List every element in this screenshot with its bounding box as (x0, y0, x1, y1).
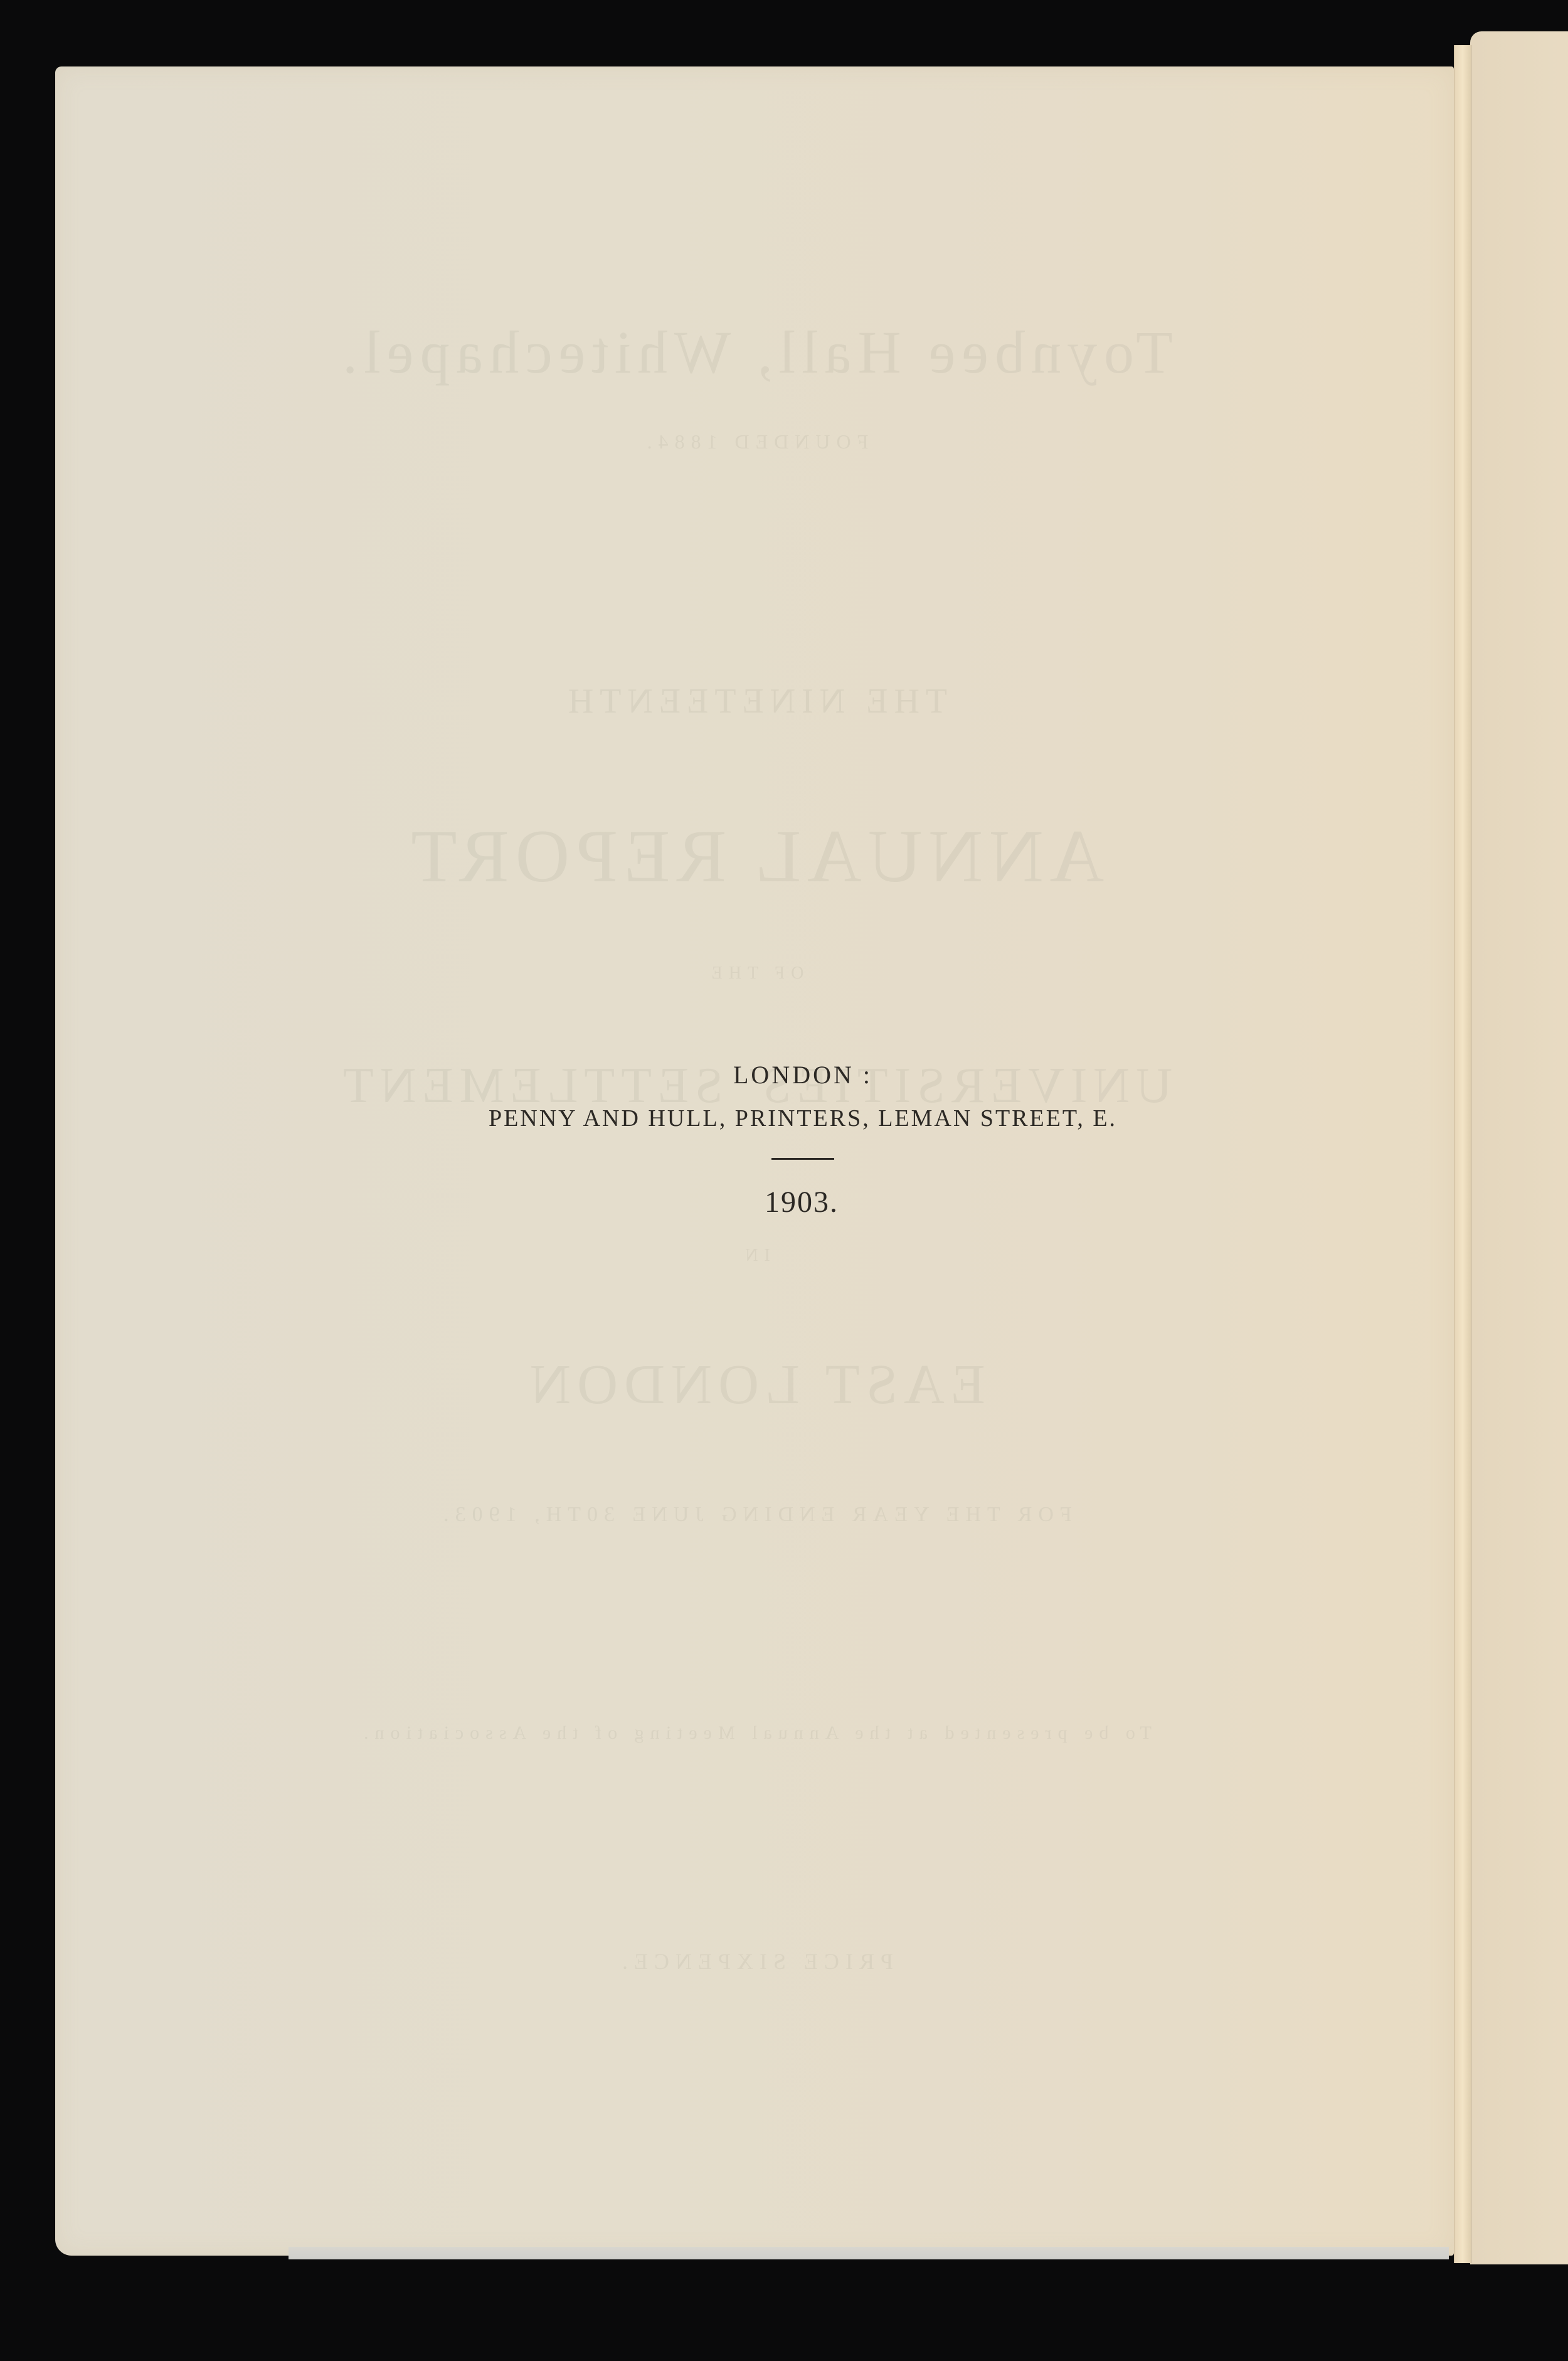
imprint-rule (771, 1158, 834, 1160)
imprint-city: LONDON : (38, 1060, 1568, 1090)
page-bottom-edge (289, 2247, 1449, 2259)
imprint-printer: PENNY AND HULL, PRINTERS, LEMAN STREET, … (38, 1104, 1568, 1133)
imprint-block: LONDON : PENNY AND HULL, PRINTERS, LEMAN… (0, 1060, 1568, 1220)
imprint-year: 1903. (35, 1185, 1568, 1220)
